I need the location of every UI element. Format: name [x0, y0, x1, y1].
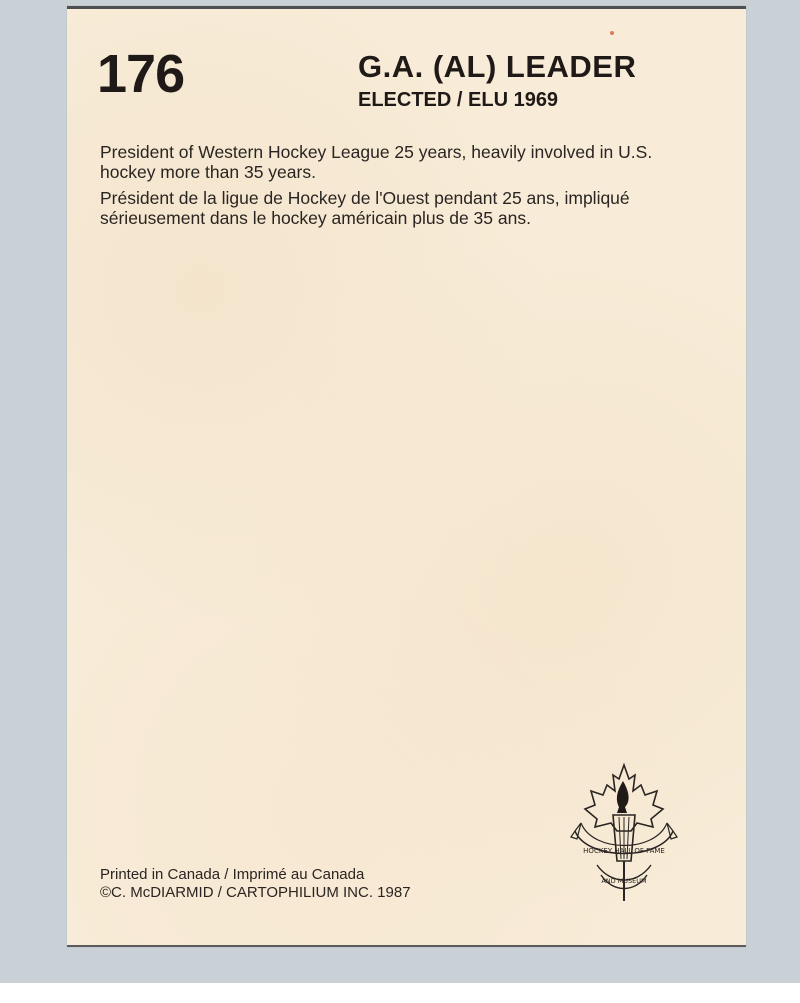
logo-banner-bottom: AND MUSEUM [601, 877, 646, 885]
paper-speck [610, 31, 614, 35]
bio-french: Président de la ligue de Hockey de l'Oue… [100, 188, 660, 228]
card-number: 176 [97, 47, 184, 101]
elected-year: ELECTED / ELU 1969 [358, 90, 558, 110]
trading-card-back: 176 G.A. (AL) LEADER ELECTED / ELU 1969 … [67, 6, 746, 947]
bio-english: President of Western Hockey League 25 ye… [100, 142, 660, 182]
copyright: ©C. McDIARMID / CARTOPHILIUM INC. 1987 [100, 884, 411, 902]
card-footer: Printed in Canada / Imprimé au Canada ©C… [100, 866, 411, 902]
printed-in-canada: Printed in Canada / Imprimé au Canada [100, 866, 411, 884]
logo-banner-top: HOCKEY HALL OF FAME [583, 847, 665, 855]
hockey-hall-of-fame-logo-icon: HOCKEY HALL OF FAME AND MUSEUM [567, 761, 682, 906]
player-name: G.A. (AL) LEADER [358, 51, 636, 82]
biography: President of Western Hockey League 25 ye… [100, 142, 660, 234]
